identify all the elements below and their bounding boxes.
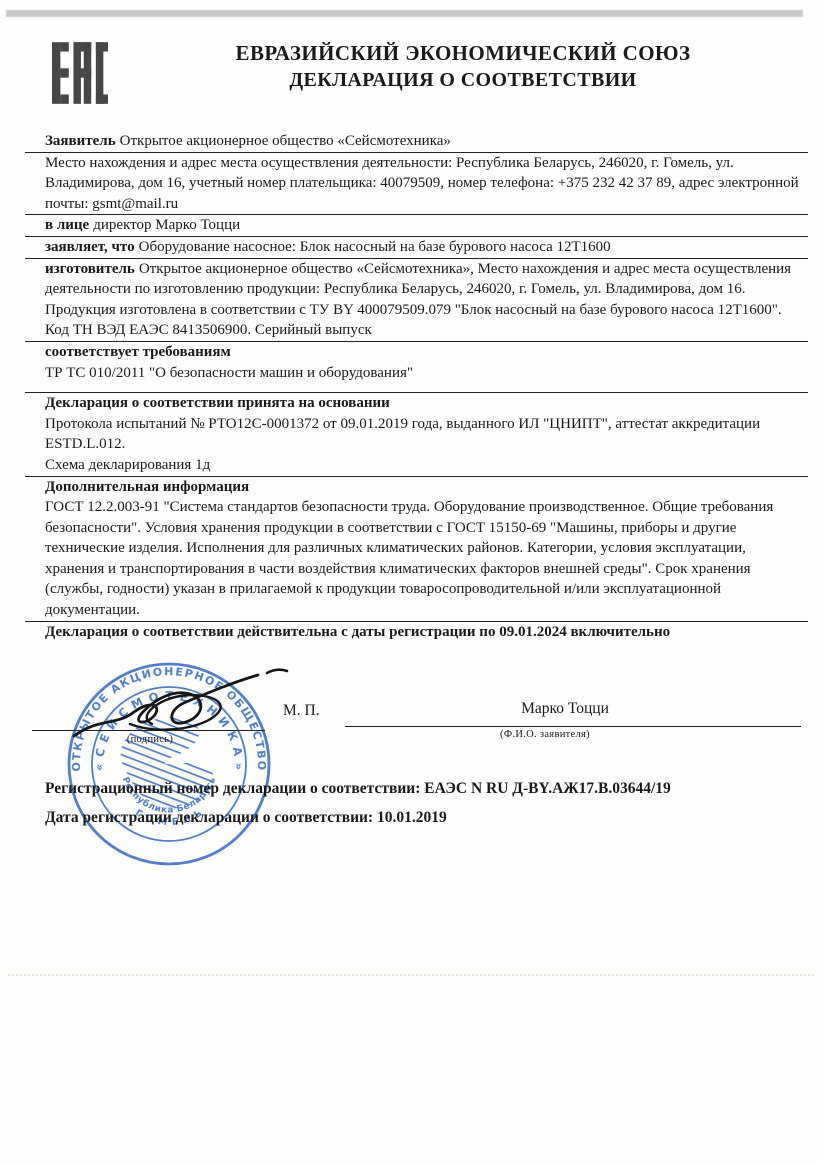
additional-paragraph: ГОСТ 12.2.003-91 "Система стандартов без… — [25, 497, 808, 622]
document-header: ЕВРАЗИЙСКИЙ ЭКОНОМИЧЕСКИЙ СОЮЗ ДЕКЛАРАЦИ… — [115, 40, 811, 93]
manufacturer-value: Открытое акционерное общество «Сейсмотех… — [45, 261, 791, 298]
name-caption: (Ф.И.О. заявителя) — [400, 729, 690, 740]
registration-number-label: Регистрационный номер декларации о соотв… — [45, 780, 420, 797]
eac-logo-icon — [52, 40, 108, 106]
validity-statement: Декларация о соответствии действительна … — [25, 622, 808, 643]
scan-artifact-dotted-line — [8, 974, 814, 978]
union-title: ЕВРАЗИЙСКИЙ ЭКОНОМИЧЕСКИЙ СОЮЗ — [115, 40, 811, 67]
production-note: Продукция изготовлена в соответствии с Т… — [25, 300, 808, 321]
applicant-value: Открытое акционерное общество «Сейсмотех… — [120, 133, 451, 149]
manufacturer-label: изготовитель — [45, 261, 135, 277]
applicant-signatory-name: Марко Тоцци — [420, 700, 710, 718]
basis-label: Декларация о соответствии принята на осн… — [25, 393, 808, 414]
declares-row: заявляет, чтоОборудование насосное: Блок… — [25, 237, 808, 259]
registration-date-row: Дата регистрации декларации о соответств… — [45, 809, 447, 827]
in-person-value: директор Марко Тоцци — [93, 217, 240, 233]
scan-artifact-band — [6, 10, 803, 17]
registration-number-value: ЕАЭС N RU Д-BY.АЖ17.В.03644/19 — [424, 780, 671, 797]
registration-number-row: Регистрационный номер декларации о соотв… — [45, 780, 671, 798]
scheme-row: Схема декларирования 1д — [25, 455, 808, 477]
document-title: ДЕКЛАРАЦИЯ О СООТВЕТСТВИИ — [115, 67, 811, 93]
applicant-address: Место нахождения и адрес места осуществл… — [25, 153, 808, 216]
additional-label: Дополнительная информация — [25, 477, 808, 498]
registration-date-value: 10.01.2019 — [377, 809, 447, 826]
in-person-row: в лицедиректор Марко Тоцци — [25, 215, 808, 237]
applicant-label: Заявитель — [45, 133, 116, 149]
complies-value: ТР ТС 010/2011 "О безопасности машин и о… — [25, 363, 808, 384]
declares-label: заявляет, что — [45, 239, 135, 255]
registration-date-label: Дата регистрации декларации о соответств… — [45, 809, 373, 826]
in-person-label: в лице — [45, 217, 89, 233]
applicant-row: ЗаявительОткрытое акционерное общество «… — [25, 131, 808, 153]
declaration-document: ЕВРАЗИЙСКИЙ ЭКОНОМИЧЕСКИЙ СОЮЗ ДЕКЛАРАЦИ… — [0, 0, 823, 1165]
manufacturer-paragraph: изготовительОткрытое акционерное обществ… — [25, 259, 808, 300]
declares-value: Оборудование насосное: Блок насосный на … — [139, 239, 611, 255]
spacer — [25, 383, 808, 392]
name-line — [345, 726, 801, 727]
tnved-row: Код ТН ВЭД ЕАЭС 8413506900. Серийный вып… — [25, 320, 808, 342]
basis-value: Протокола испытаний № РТО12С-0001372 от … — [25, 414, 808, 455]
signature-caption: (подпись) — [95, 734, 205, 745]
complies-label: соответствует требованиям — [25, 342, 808, 363]
declaration-body: ЗаявительОткрытое акционерное общество «… — [25, 131, 808, 642]
